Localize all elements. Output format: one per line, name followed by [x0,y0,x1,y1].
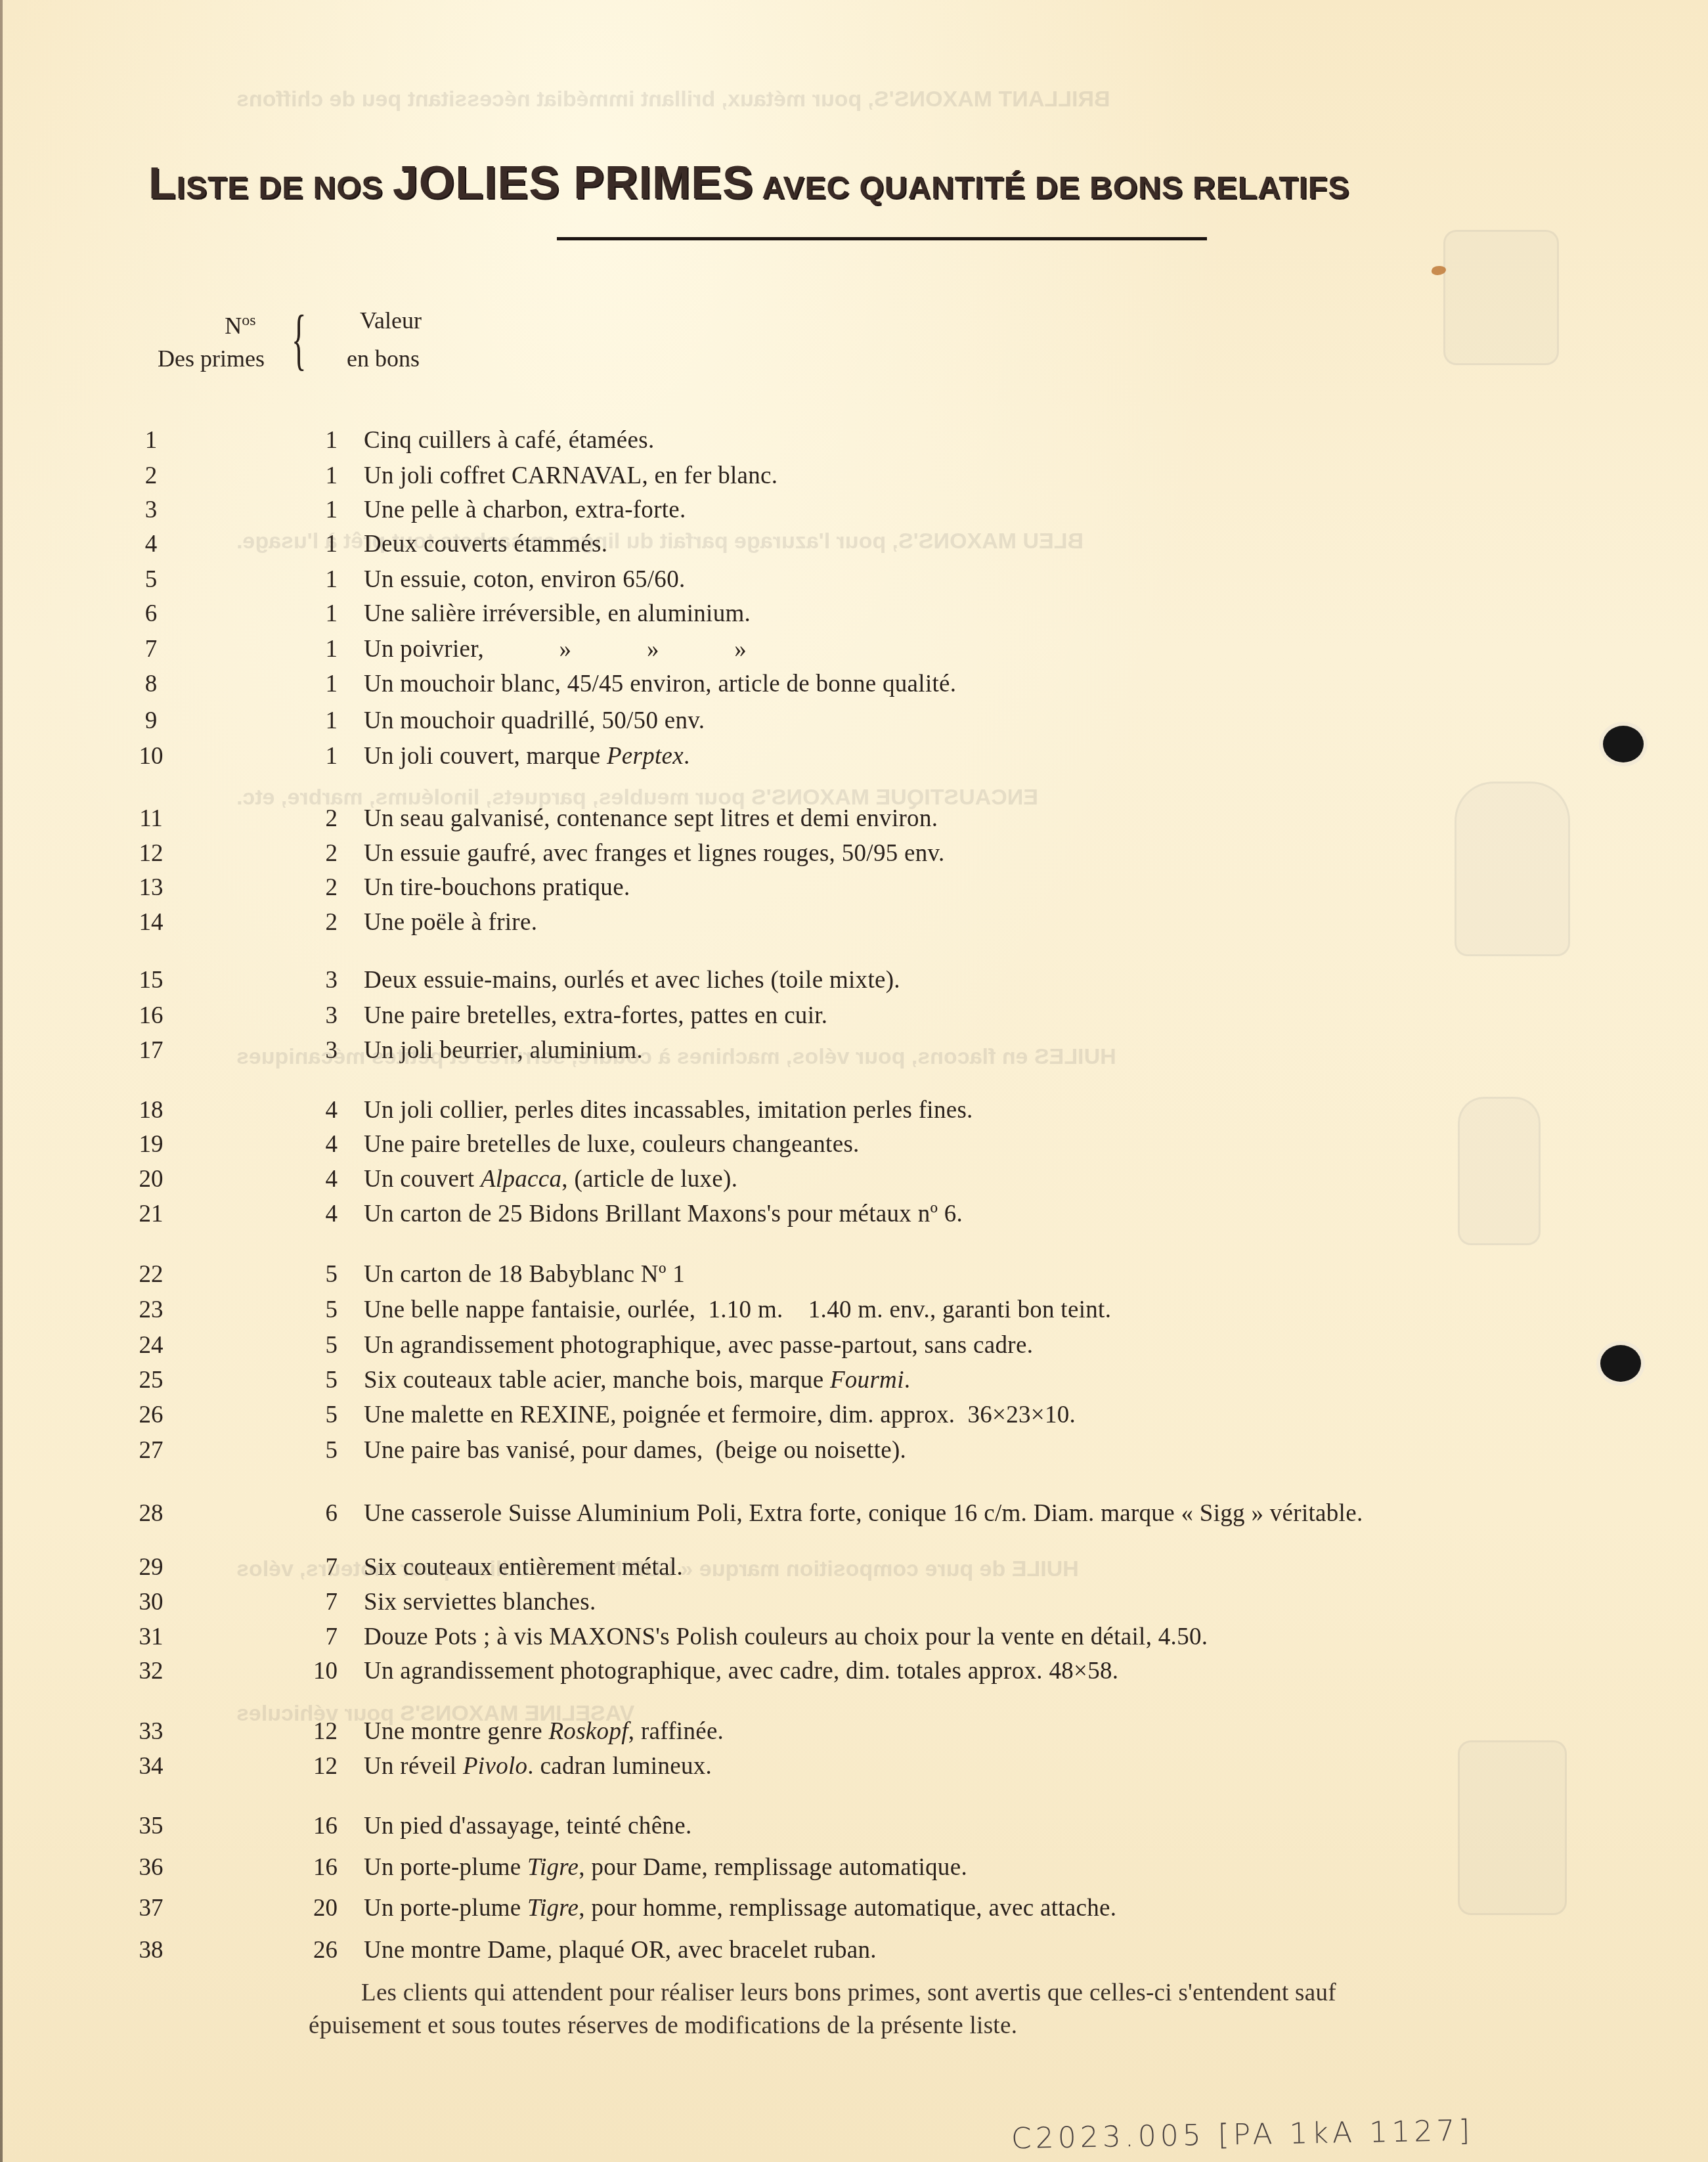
prime-number: 37 [125,1892,177,1925]
prime-number: 24 [125,1329,177,1362]
handwritten-annotation: C2023.005 [PA 1kA 1127] [1011,2114,1474,2155]
paper-stain [1432,266,1446,275]
bleed-through-image [1443,230,1559,365]
header-brace: { [292,305,306,374]
bons-value: 4 [289,1128,338,1161]
prime-number: 25 [125,1364,177,1397]
prime-description: Six couteaux table acier, manche bois, m… [364,1364,910,1397]
prime-number: 8 [125,668,177,701]
prime-description: Une poële à frire. [364,906,537,939]
prime-number: 27 [125,1434,177,1467]
prime-description: Cinq cuillers à café, étamées. [364,424,655,457]
prime-description: Deux couverts étammés. [364,528,607,561]
prime-description: Un joli collier, perles dites incassable… [364,1094,973,1127]
prime-description: Une paire bretelles de luxe, couleurs ch… [364,1128,860,1161]
bons-value: 7 [289,1586,338,1619]
prime-number: 13 [125,871,177,904]
prime-description: Un pied d'assayage, teinté chêne. [364,1810,691,1843]
prime-number: 19 [125,1128,177,1161]
prime-description: Un porte-plume Tigre, pour homme, rempli… [364,1892,1116,1925]
brand-name: Fourmi [830,1367,904,1394]
bons-value: 5 [289,1399,338,1432]
column-header-des-primes: Des primes [158,340,265,377]
bons-value: 20 [289,1892,338,1925]
punch-hole [1603,726,1644,762]
bons-value: 4 [289,1163,338,1196]
prime-description: Un mouchoir blanc, 45/45 environ, articl… [364,668,956,701]
prime-number: 16 [125,1000,177,1032]
bons-value: 16 [289,1851,338,1884]
prime-description: Un joli couvert, marque Perptex. [364,740,690,773]
prime-description: Un carton de 25 Bidons Brillant Maxons's… [364,1198,963,1231]
prime-number: 35 [125,1810,177,1843]
prime-number: 18 [125,1094,177,1127]
prime-number: 26 [125,1399,177,1432]
prime-description: Douze Pots ; à vis MAXONS's Polish coule… [364,1621,1208,1654]
bleed-through-image [1455,782,1570,956]
bons-value: 1 [289,633,338,666]
punch-hole [1600,1345,1641,1382]
bons-value: 5 [289,1258,338,1291]
bons-value: 10 [289,1655,338,1688]
prime-description: Un couvert Alpacca, (article de luxe). [364,1163,737,1196]
prime-description: Un réveil Pivolo. cadran lumineux. [364,1750,712,1783]
prime-number: 34 [125,1750,177,1783]
prime-description: Un essuie gaufré, avec franges et lignes… [364,837,945,870]
prime-number: 20 [125,1163,177,1196]
bons-value: 5 [289,1434,338,1467]
prime-description: Un joli coffret CARNAVAL, en fer blanc. [364,460,777,493]
prime-description: Un essuie, coton, environ 65/60. [364,563,686,596]
prime-number: 1 [125,424,177,457]
prime-description: Une casserole Suisse Aluminium Poli, Ext… [364,1497,1363,1530]
prime-number: 10 [125,740,177,773]
column-header-en-bons: en bons [347,340,420,377]
bleed-through-heading: BRILLANT MAXONS'S, pour métaux, brillant… [236,87,1110,112]
prime-description: Deux essuie-mains, ourlés et avec liches… [364,964,900,997]
prime-description: Une belle nappe fantaisie, ourlée, 1.10 … [364,1294,1111,1327]
bons-value: 1 [289,494,338,527]
prime-number: 32 [125,1655,177,1688]
prime-number: 22 [125,1258,177,1291]
bons-value: 3 [289,1034,338,1067]
bons-value: 1 [289,740,338,773]
column-header-nos: Nos [201,302,280,344]
paper-edge [0,0,3,2162]
prime-description: Un porte-plume Tigre, pour Dame, remplis… [364,1851,967,1884]
bons-value: 4 [289,1198,338,1231]
prime-description: Un carton de 18 Babyblanc Nº 1 [364,1258,685,1291]
prime-description: Un joli beurrier, aluminium. [364,1034,643,1067]
prime-number: 4 [125,528,177,561]
brand-name: Alpacca [481,1166,561,1193]
bons-value: 1 [289,668,338,701]
bons-value: 2 [289,803,338,835]
prime-number: 3 [125,494,177,527]
prime-number: 15 [125,964,177,997]
bons-value: 6 [289,1497,338,1530]
bons-value: 1 [289,563,338,596]
prime-description: Une montre Dame, plaqué OR, avec bracele… [364,1934,877,1967]
prime-description: Une malette en REXINE, poignée et fermoi… [364,1399,1076,1432]
title-emphasis: JOLIES PRIMES [393,157,754,208]
prime-description: Un agrandissement photographique, avec c… [364,1655,1118,1688]
prime-description: Une montre genre Roskopf, raffinée. [364,1715,724,1748]
bons-value: 12 [289,1750,338,1783]
prime-number: 38 [125,1934,177,1967]
prime-number: 29 [125,1551,177,1584]
title-underline [557,237,1207,240]
prime-description: Un tire-bouchons pratique. [364,871,630,904]
bons-value: 5 [289,1364,338,1397]
prime-description: Une salière irréversible, en aluminium. [364,598,751,630]
bons-value: 1 [289,705,338,738]
prime-number: 30 [125,1586,177,1619]
prime-description: Six serviettes blanches. [364,1586,596,1619]
bons-value: 16 [289,1810,338,1843]
bons-value: 2 [289,906,338,939]
bleed-through-image [1458,1097,1541,1245]
prime-number: 5 [125,563,177,596]
bons-value: 3 [289,1000,338,1032]
prime-description: Une pelle à charbon, extra-forte. [364,494,686,527]
brand-name: Perptex [607,743,684,770]
title-initial: L [148,158,177,208]
prime-number: 21 [125,1198,177,1231]
prime-description: Un mouchoir quadrillé, 50/50 env. [364,705,705,738]
prime-number: 14 [125,906,177,939]
prime-number: 36 [125,1851,177,1884]
bons-value: 1 [289,460,338,493]
prime-description: Une paire bas vanisé, pour dames, (beige… [364,1434,906,1467]
footnote-line-2: épuisement et sous toutes réserves de mo… [309,2010,1609,2042]
prime-number: 17 [125,1034,177,1067]
column-header-valeur: Valeur [360,302,422,339]
title-part-1: ISTE DE NOS [177,171,393,206]
prime-number: 11 [125,803,177,835]
footnote-line-1: Les clients qui attendent pour réaliser … [309,1977,1609,2010]
brand-name: Roskopf [548,1718,628,1745]
bons-value: 5 [289,1329,338,1362]
prime-number: 2 [125,460,177,493]
prime-number: 31 [125,1621,177,1654]
bons-value: 4 [289,1094,338,1127]
prime-description: Une paire bretelles, extra-fortes, patte… [364,1000,827,1032]
prime-number: 9 [125,705,177,738]
prime-description: Un poivrier, » » » [364,633,747,666]
bons-value: 2 [289,837,338,870]
bons-value: 12 [289,1715,338,1748]
brand-name: Tigre [527,1895,579,1922]
prime-number: 12 [125,837,177,870]
bons-value: 7 [289,1551,338,1584]
prime-number: 28 [125,1497,177,1530]
prime-number: 7 [125,633,177,666]
prime-number: 33 [125,1715,177,1748]
brand-name: Tigre [527,1854,579,1881]
prime-number: 6 [125,598,177,630]
bleed-through-image [1458,1740,1567,1915]
bons-value: 1 [289,424,338,457]
bons-value: 1 [289,598,338,630]
bons-value: 2 [289,871,338,904]
footnote: Les clients qui attendent pour réaliser … [309,1977,1609,2042]
page-title: LISTE DE NOS JOLIES PRIMES AVEC QUANTITÉ… [148,156,1619,209]
bons-value: 5 [289,1294,338,1327]
brand-name: Pivolo [463,1753,527,1780]
bons-value: 1 [289,528,338,561]
prime-description: Un agrandissement photographique, avec p… [364,1329,1033,1362]
bons-value: 7 [289,1621,338,1654]
prime-description: Six couteaux entièrement métal. [364,1551,683,1584]
prime-number: 23 [125,1294,177,1327]
bons-value: 26 [289,1934,338,1967]
prime-description: Un seau galvanisé, contenance sept litre… [364,803,938,835]
title-part-3: AVEC QUANTITÉ DE BONS RELATIFS [754,171,1349,206]
bons-value: 3 [289,964,338,997]
